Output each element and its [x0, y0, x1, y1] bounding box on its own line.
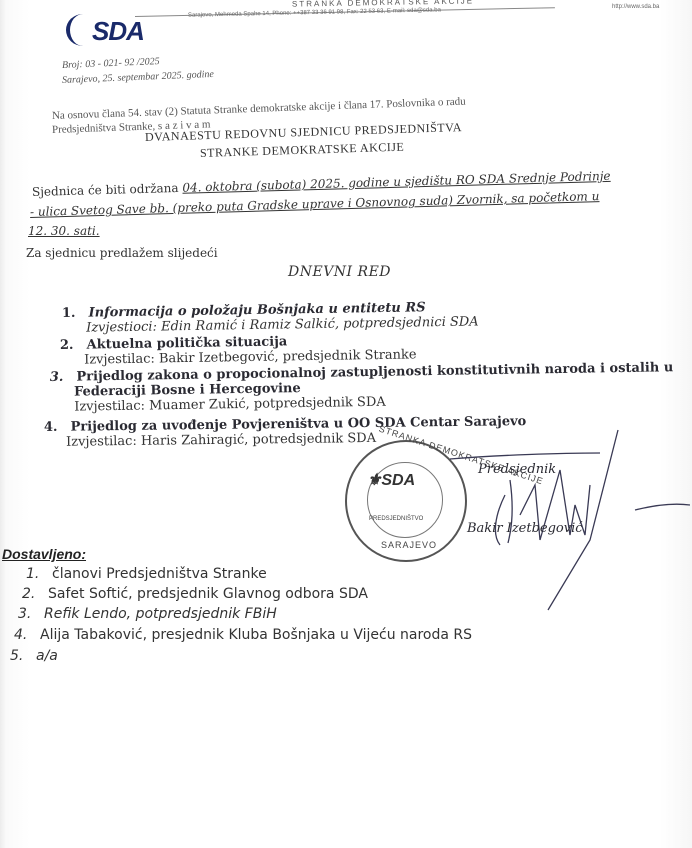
session-time: 12. 30. sati.	[28, 224, 100, 238]
intro-line-1: Na osnovu člana 54. stav (2) Statuta Str…	[52, 96, 466, 122]
agenda-proposal-text: Za sjednicu predlažem slijedeći	[26, 246, 218, 260]
stamp-logo: ⚜SDA	[367, 470, 415, 490]
handwritten-signature	[440, 425, 690, 615]
session-title-line-2: STRANKE DEMOKRATSKE AKCIJE	[200, 140, 405, 161]
agenda-heading: DNEVNI RED	[288, 264, 391, 280]
header-address: Sarajevo, Mehmeda Spahe 14, Phone: ++387…	[188, 7, 441, 18]
signatory-name: Bakir Izetbegović	[467, 521, 583, 536]
agenda-item-number: 4.	[44, 420, 58, 435]
header-org-name: STRANKA DEMOKRATSKE AKCIJE	[292, 0, 474, 9]
distribution-item: 5.a/a	[10, 648, 58, 664]
document-date: Sarajevo, 25. septembar 2025. godine	[62, 69, 214, 86]
signatory-role: Predsjednik	[478, 462, 556, 477]
agenda-item-number: 1.	[62, 306, 76, 321]
sda-logo: SDA	[62, 12, 154, 48]
agenda-item-3: 3. Prijedlog zakona o propocionalnoj zas…	[50, 356, 674, 415]
agenda-item-number: 2.	[60, 338, 74, 353]
distribution-item: 3.Refik Lendo, potpredsjednik FBiH	[18, 606, 277, 622]
stamp-inner-text: PREDSJEDNIŠTVO	[369, 516, 423, 522]
header-website: http://www.sda.ba	[612, 4, 659, 10]
stamp-city-text: SARAJEVO	[381, 540, 437, 550]
logo-text: SDA	[92, 16, 144, 47]
distribution-heading: Dostavljeno:	[2, 546, 86, 562]
agenda-item-number: 3.	[50, 370, 64, 385]
distribution-item: 1.članovi Predsjedništva Stranke	[26, 566, 267, 582]
distribution-item: 4.Alija Tabaković, presjednik Kluba Bošn…	[14, 627, 472, 643]
distribution-item: 2.Safet Softić, predsjednik Glavnog odbo…	[22, 586, 368, 602]
session-details-line-3: 12. 30. sati.	[28, 224, 100, 238]
document-page: SDA STRANKA DEMOKRATSKE AKCIJE Sarajevo,…	[0, 0, 692, 848]
session-prefix: Sjednica će biti održana	[32, 181, 183, 199]
document-number: Broj: 03 - 021- 92 /2025	[62, 56, 160, 71]
